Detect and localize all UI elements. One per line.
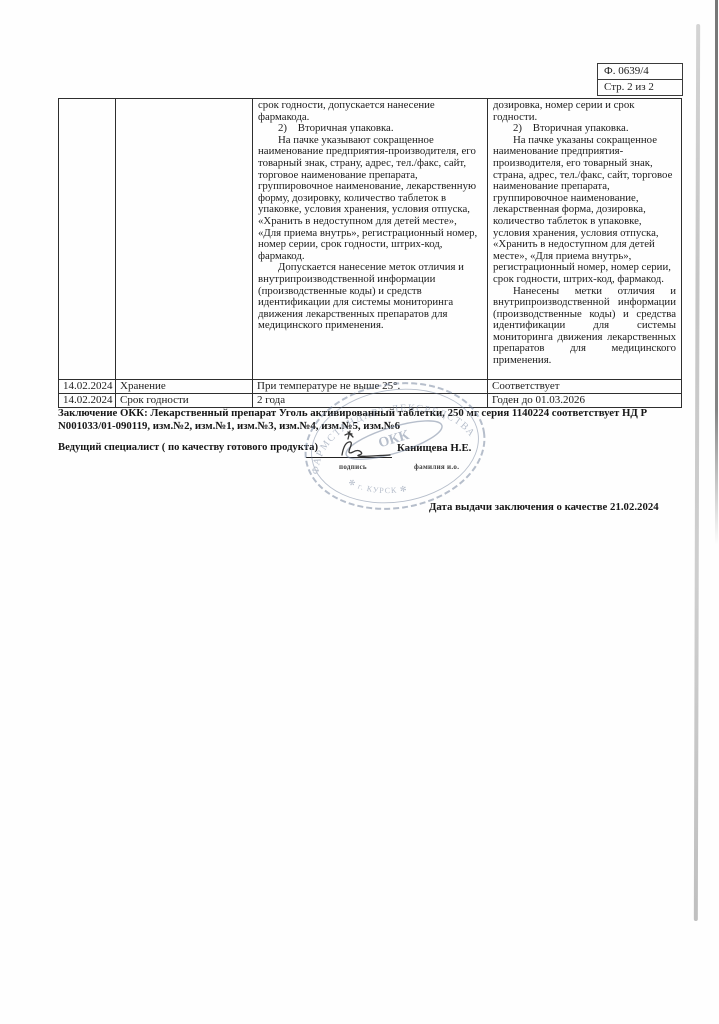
form-code-box: Ф. 0639/4 Стр. 2 из 2 (597, 63, 683, 96)
scanned-quality-certificate-page: Ф. 0639/4 Стр. 2 из 2 срок годности, доп… (0, 0, 719, 1024)
form-code: Ф. 0639/4 (598, 64, 682, 79)
handwritten-signature (318, 428, 398, 464)
cell-nd-requirements: срок годности, допускается нанесение фар… (253, 99, 488, 380)
issue-date-line: Дата выдачи заключения о качестве 21.02.… (429, 501, 659, 513)
cell-parameter: Хранение (116, 380, 253, 394)
cell-date-empty (59, 99, 116, 380)
cell-result: Соответствует (488, 380, 682, 394)
certificate-table: срок годности, допускается нанесение фар… (58, 98, 682, 408)
svg-text:✻ г. КУРСК ✻: ✻ г. КУРСК ✻ (346, 469, 409, 502)
cell-label-empty (116, 99, 253, 380)
form-page-number: Стр. 2 из 2 (598, 79, 682, 95)
signature-stroke (342, 442, 390, 456)
table-row-packaging: срок годности, допускается нанесение фар… (59, 99, 682, 380)
signature-flourish (345, 431, 353, 439)
scan-edge-artifact (715, 0, 718, 545)
cell-date: 14.02.2024 (59, 380, 116, 394)
cell-actual-results: дозировка, номер серии и срок годности. … (488, 99, 682, 380)
paragraph: Допускается нанесение меток отличия и вн… (258, 262, 482, 332)
cell-date: 14.02.2024 (59, 394, 116, 408)
paragraph: Нанесены метки отличия и внутрипроизводс… (493, 286, 676, 367)
paragraph: срок годности, допускается нанесение фар… (258, 100, 482, 123)
actual-results-text: дозировка, номер серии и срок годности. … (493, 100, 676, 367)
scan-streak-artifact (694, 24, 700, 921)
paragraph: На пачке указаны сокращенное наименовани… (493, 135, 676, 286)
nd-requirements-text: срок годности, допускается нанесение фар… (258, 100, 482, 332)
cell-parameter: Срок годности (116, 394, 253, 408)
signatory-title: Ведущий специалист ( по качеству готовог… (58, 442, 318, 453)
cell-result: Годен до 01.03.2026 (488, 394, 682, 408)
stamp-city-text: ✻ г. КУРСК ✻ (346, 469, 409, 502)
paragraph: На пачке указывают сокращенное наименова… (258, 135, 482, 263)
paragraph: дозировка, номер серии и срок годности. (493, 100, 676, 123)
